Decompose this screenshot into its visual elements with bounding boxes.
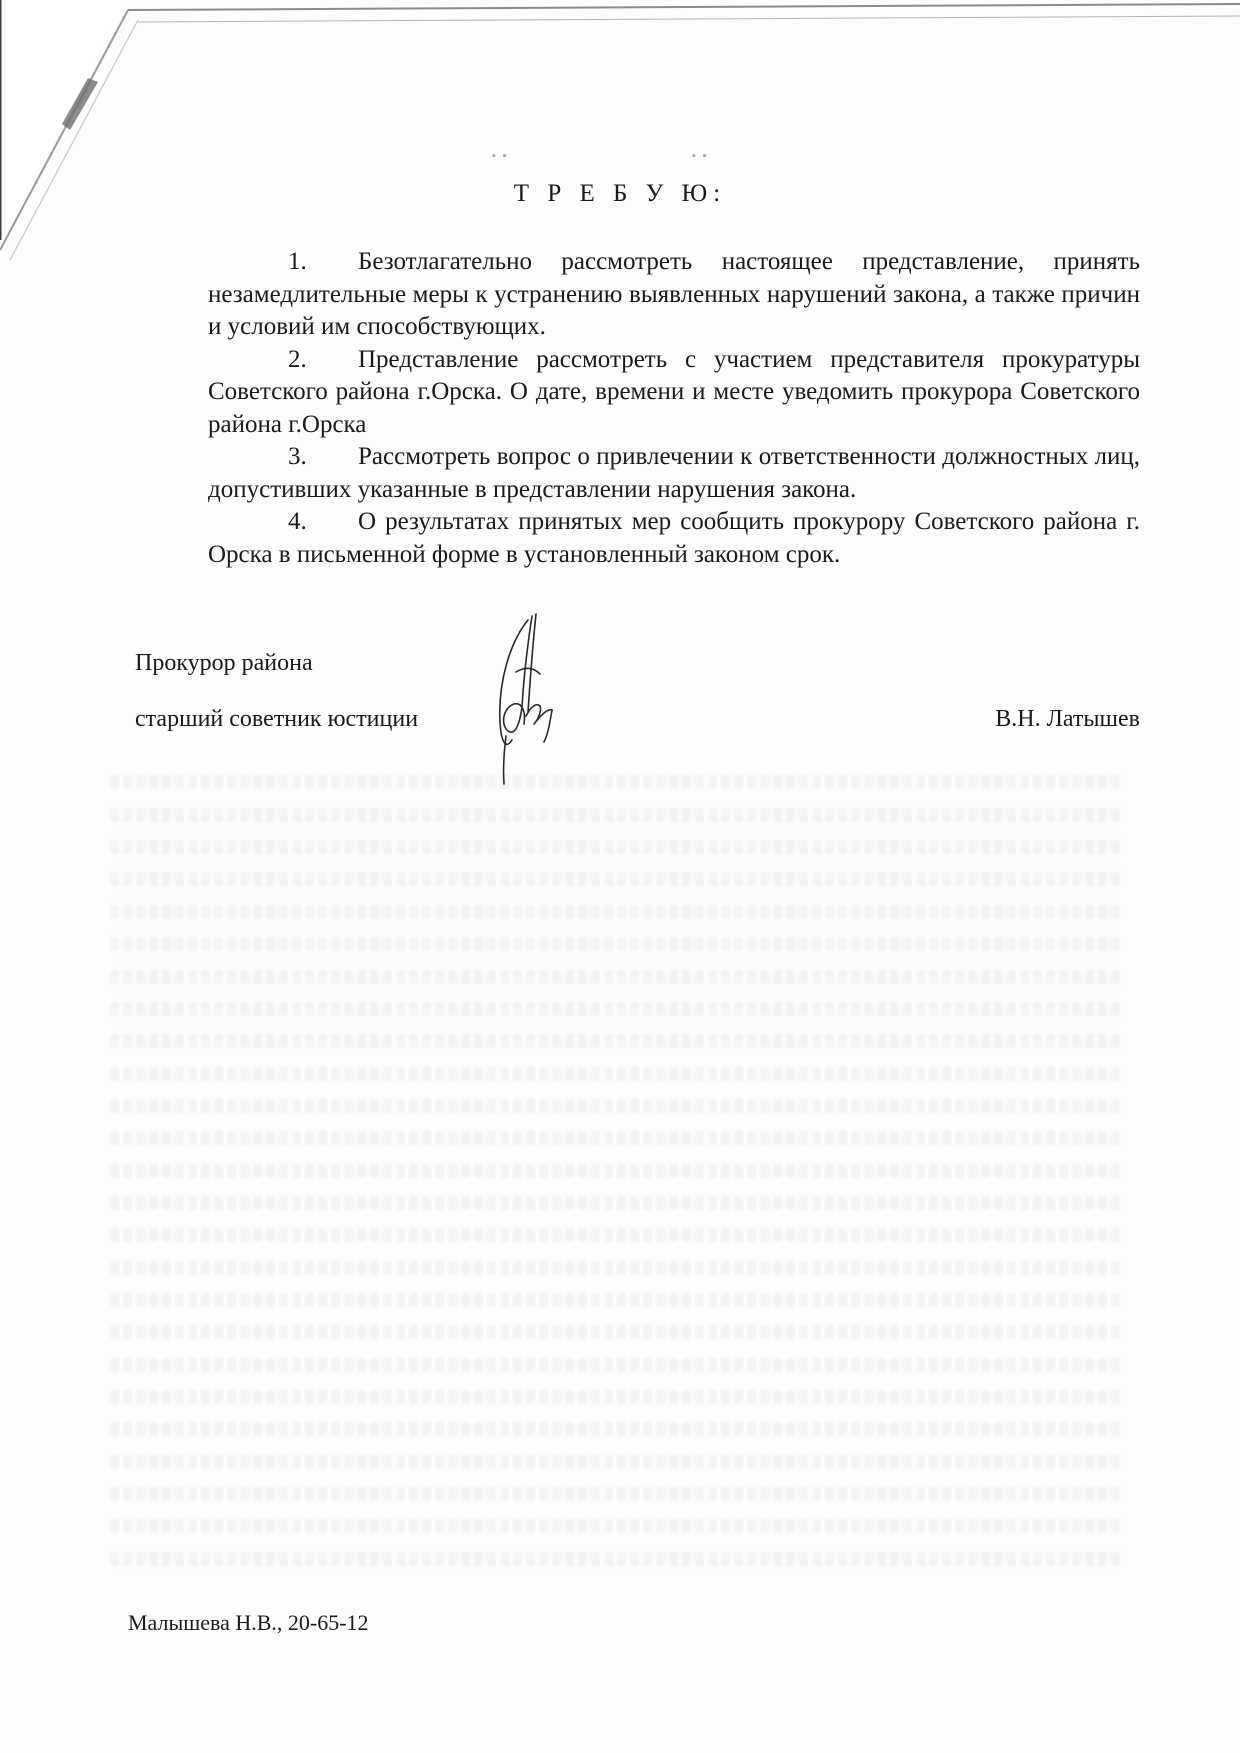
signer-rank: старший советник юстиции: [135, 706, 418, 733]
executor-contact: Малышева Н.В., 20-65-12: [128, 1610, 369, 1636]
scan-smudge: ▪ ▪: [692, 150, 709, 162]
document-heading: Т Р Е Б У Ю:: [0, 180, 1240, 208]
item-number: 4.: [288, 506, 358, 539]
handwritten-signature: [470, 612, 580, 787]
item-number: 3.: [288, 441, 358, 474]
requirements-list: 1.Безотлагательно рассмотреть настоящее …: [208, 246, 1140, 571]
scanned-page: ▪ ▪ ▪ ▪ Т Р Е Б У Ю: 1.Безотлагательно р…: [0, 0, 1240, 1753]
requirement-item-3: 3.Рассмотреть вопрос о привлечении к отв…: [208, 441, 1140, 506]
item-number: 2.: [288, 344, 358, 377]
item-number: 1.: [288, 246, 358, 279]
scan-smudge: ▪ ▪: [492, 150, 509, 162]
requirement-item-4: 4.О результатах принятых мер сообщить пр…: [208, 506, 1140, 571]
requirement-item-1: 1.Безотлагательно рассмотреть настоящее …: [208, 246, 1140, 344]
requirement-item-2: 2.Представление рассмотреть с участием п…: [208, 344, 1140, 442]
signer-position: Прокурор района: [135, 650, 313, 677]
signer-name: В.Н. Латышев: [995, 706, 1140, 733]
